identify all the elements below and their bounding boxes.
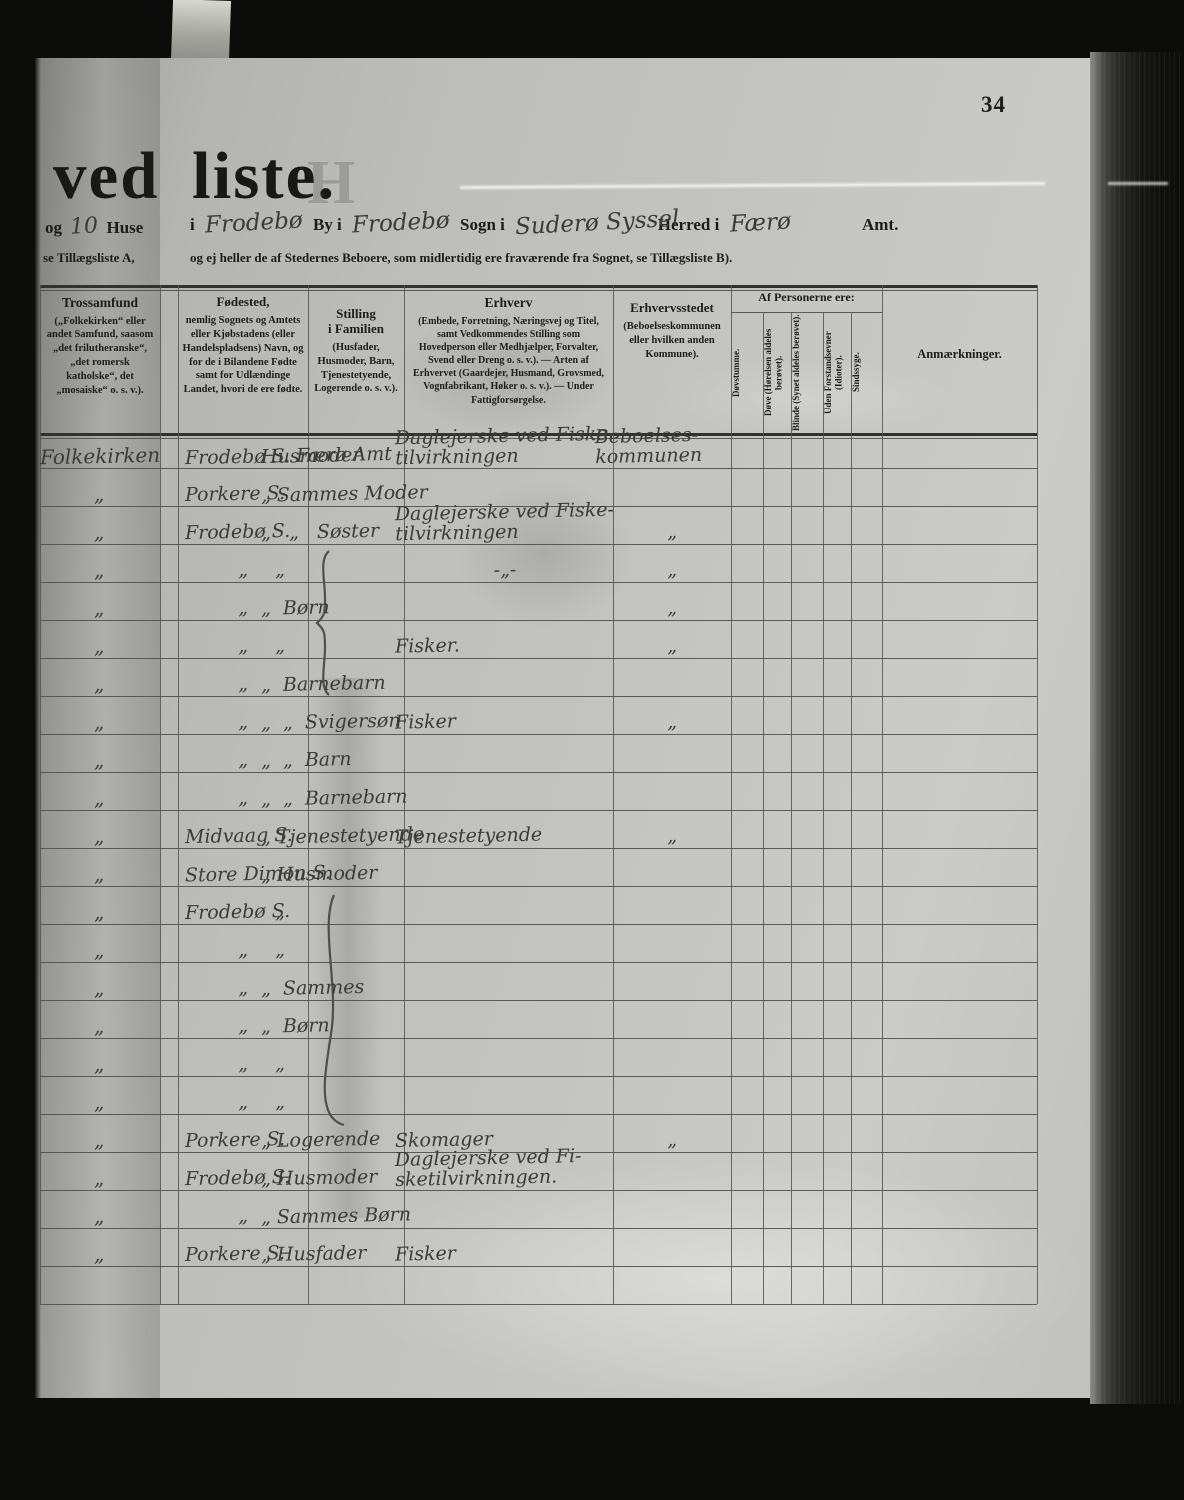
sogn-name-handwritten: Frodebø	[351, 207, 450, 238]
cell-trossamfund: „	[40, 901, 158, 923]
subcol-header: Sindssyge.	[851, 314, 882, 431]
cell-stilling: „	[275, 1054, 285, 1074]
cell-stilling: Husmoder	[261, 445, 362, 467]
cell-erhvervsstedet: „	[613, 559, 731, 581]
cell-trossamfund: „	[40, 1091, 158, 1113]
by-name-handwritten: Frodebø	[204, 207, 303, 238]
cell-stilling: „ Logerende	[261, 1129, 381, 1151]
film-scratch	[460, 182, 1045, 189]
col-header-anmaerkninger: Anmærkninger.	[882, 285, 1037, 433]
cell-stilling: „	[275, 902, 285, 922]
col-header-erhverv: Erhverv (Embede, Forretning, Næringsvej …	[404, 285, 613, 433]
cell-trossamfund: „	[40, 787, 158, 809]
title-fragment-ved: ved	[53, 138, 160, 215]
film-scratch	[1108, 182, 1168, 185]
cell-erhverv: Fisker	[395, 1243, 456, 1264]
table-top-rule	[40, 290, 1037, 291]
column-rule	[1037, 285, 1038, 1304]
census-row: „„„ Børn„	[35, 586, 1037, 620]
cell-stilling: „	[275, 940, 285, 960]
cell-stilling: „	[275, 560, 285, 580]
cell-stilling: „ Barnebarn	[261, 673, 386, 696]
cell-stilling: „	[275, 1092, 285, 1112]
print-huse: Huse	[107, 218, 144, 237]
census-row: „„„ „ SvigersønFisker„	[35, 700, 1037, 734]
cell-stilling: „ Sammes	[261, 977, 365, 999]
cell-fodested: „	[178, 635, 308, 658]
row-rule	[40, 1038, 1037, 1039]
cell-trossamfund: „	[40, 483, 158, 505]
supplement-note-right: og ej heller de af Stedernes Beboere, so…	[190, 250, 732, 266]
cell-fodested: „	[178, 1053, 308, 1076]
cell-trossamfund: „	[40, 559, 158, 581]
row-rule	[40, 810, 1037, 811]
row-rule	[40, 1000, 1037, 1001]
census-row: „Store Dimon S.„ Husmoder	[35, 852, 1037, 886]
census-row: „„„	[35, 1080, 1037, 1114]
row-rule	[40, 1266, 1037, 1267]
census-row: „„„ Børn	[35, 1004, 1037, 1038]
row-rule	[40, 620, 1037, 621]
row-rule	[40, 658, 1037, 659]
herred-name-handwritten: Suderø Syssel	[515, 206, 681, 241]
census-row: „„„ Sammes	[35, 966, 1037, 1000]
row-rule	[40, 696, 1037, 697]
subcol-header: Blinde (Synet aldeles berøvet).	[791, 314, 823, 431]
subcol-header: Døvstumme.	[731, 314, 763, 431]
cell-trossamfund: „	[40, 1129, 158, 1151]
cell-erhvervsstedet: „	[613, 711, 731, 733]
row-rule	[40, 962, 1037, 963]
cell-stilling: „ Sammes Børn	[261, 1204, 411, 1227]
cell-trossamfund: „	[40, 521, 158, 543]
cell-stilling: „ „ Barn	[261, 749, 352, 771]
group-underline	[731, 312, 882, 313]
cell-erhverv: Daglejerske ved Fiske- tilvirkningen	[395, 500, 615, 545]
cell-trossamfund: „	[40, 939, 158, 961]
census-row: „Porkere S.„ HusfaderFisker	[35, 1232, 1037, 1266]
cell-stilling: „ „ Søster	[261, 521, 379, 543]
census-row: „„„ Sammes Børn	[35, 1194, 1037, 1228]
cell-stilling: „ Husmoder	[261, 863, 378, 885]
cell-erhvervsstedet: „	[613, 1129, 731, 1151]
census-row: „„„ Barnebarn	[35, 662, 1037, 696]
print-og: og	[45, 218, 62, 237]
cell-erhvervsstedet: „	[613, 825, 731, 847]
cell-trossamfund: „	[40, 597, 158, 619]
scanned-census-page: 34 ved liste. H og 10 Huse i Frodebø By …	[0, 0, 1184, 1500]
form-header-line: i Frodebø By i Frodebø Sogn i Suderø Sys…	[190, 210, 898, 235]
cell-erhverv: Daglejerske ved Fiske- tilvirkningen	[395, 424, 615, 469]
cell-trossamfund: „	[40, 863, 158, 885]
cell-trossamfund: „	[40, 749, 158, 771]
col-header-stilling: Stilling i Familien (Husfader, Husmoder,…	[308, 285, 404, 433]
row-rule	[40, 1114, 1037, 1115]
cell-stilling: „ Husmoder	[261, 1167, 378, 1189]
cell-erhverv: -„-	[415, 558, 595, 582]
houses-count: 10	[70, 213, 99, 239]
census-row: FolkekirkenFrodebø S. Færø AmtHusmoderDa…	[35, 434, 1037, 468]
cell-erhverv: Fisker.	[395, 635, 460, 656]
cell-trossamfund: „	[40, 635, 158, 657]
paper-sheet: 34 ved liste. H og 10 Huse i Frodebø By …	[35, 58, 1107, 1398]
cell-erhverv: Daglejerske ved Fi- sketilvirkningen.	[395, 1146, 582, 1190]
census-row: „„„	[35, 928, 1037, 962]
census-row: „„„ „ Barnebarn	[35, 776, 1037, 810]
cell-trossamfund: „	[40, 1015, 158, 1037]
cell-stilling: „ Børn	[261, 597, 330, 618]
cell-trossamfund: Folkekirken	[40, 445, 158, 467]
census-row: „Frodebø S.„	[35, 890, 1037, 924]
cell-trossamfund: „	[40, 1205, 158, 1227]
cell-fodested: „	[178, 559, 308, 582]
row-rule	[40, 1076, 1037, 1077]
row-rule	[40, 924, 1037, 925]
amt-name-handwritten: Færø	[729, 208, 791, 237]
census-row: „„„Fisker.„	[35, 624, 1037, 658]
row-rule	[40, 734, 1037, 735]
col-header-trossamfund: Trossamfund („Folkekirken“ eller andet S…	[40, 285, 160, 433]
cell-erhvervsstedet: „	[613, 635, 731, 657]
cell-trossamfund: „	[40, 1167, 158, 1189]
census-row: „Frodebø S.„ „ SøsterDaglejerske ved Fis…	[35, 510, 1037, 544]
cell-erhverv: Tjenestetyende	[395, 824, 543, 847]
census-row: „„„ „ Barn	[35, 738, 1037, 772]
cell-trossamfund: „	[40, 825, 158, 847]
ghost-letter: H	[307, 148, 357, 219]
cell-erhvervsstedet: „	[613, 597, 731, 619]
row-rule	[40, 582, 1037, 583]
cell-stilling: „ „ Svigersøn	[261, 711, 401, 734]
cell-erhvervsstedet: Beboelses- kommunen	[595, 425, 703, 467]
row-rule	[40, 1304, 1037, 1305]
cell-fodested: „	[178, 939, 308, 962]
cell-stilling: „ Husfader	[261, 1243, 367, 1265]
cell-erhverv: Fisker	[395, 711, 456, 732]
book-page-stack-edge	[1090, 52, 1184, 1404]
supplement-note-left: se Tillægsliste A,	[43, 250, 135, 266]
cell-trossamfund: „	[40, 1243, 158, 1265]
subcol-header: Uden Forstandsevner (Idioter).	[823, 314, 851, 431]
cell-trossamfund: „	[40, 977, 158, 999]
cell-trossamfund: „	[40, 673, 158, 695]
cell-stilling: „	[275, 636, 285, 656]
subcol-header: Døve (Hørelsen aldeles berøvet).	[763, 314, 791, 431]
row-rule	[40, 544, 1037, 545]
census-row: „„„-„-„	[35, 548, 1037, 582]
table-top-rule	[40, 285, 1037, 288]
cell-trossamfund: „	[40, 711, 158, 733]
census-row: „Frodebø S.„ HusmoderDaglejerske ved Fi-…	[35, 1156, 1037, 1190]
cell-stilling: „ „ Barnebarn	[261, 786, 408, 809]
census-row: „„„	[35, 1042, 1037, 1076]
cell-fodested: „	[178, 1091, 308, 1114]
page-number: 34	[981, 92, 1006, 118]
cell-erhvervsstedet: „	[613, 521, 731, 543]
col-header-erhvervsstedet: Erhvervsstedet (Beboelseskommunen eller …	[613, 285, 731, 433]
page-tab	[171, 0, 231, 63]
cell-trossamfund: „	[40, 1053, 158, 1075]
row-rule	[40, 1228, 1037, 1229]
row-rule	[40, 848, 1037, 849]
row-rule	[40, 1190, 1037, 1191]
row-rule	[40, 772, 1037, 773]
census-row: „Midvaag S.„ TjenestetyendeTjenestetyend…	[35, 814, 1037, 848]
form-header-left: og 10 Huse	[45, 214, 143, 239]
cell-stilling: „ Børn	[261, 1015, 330, 1036]
col-header-fodested: Fødested, nemlig Sognets og Amtets eller…	[178, 285, 308, 433]
